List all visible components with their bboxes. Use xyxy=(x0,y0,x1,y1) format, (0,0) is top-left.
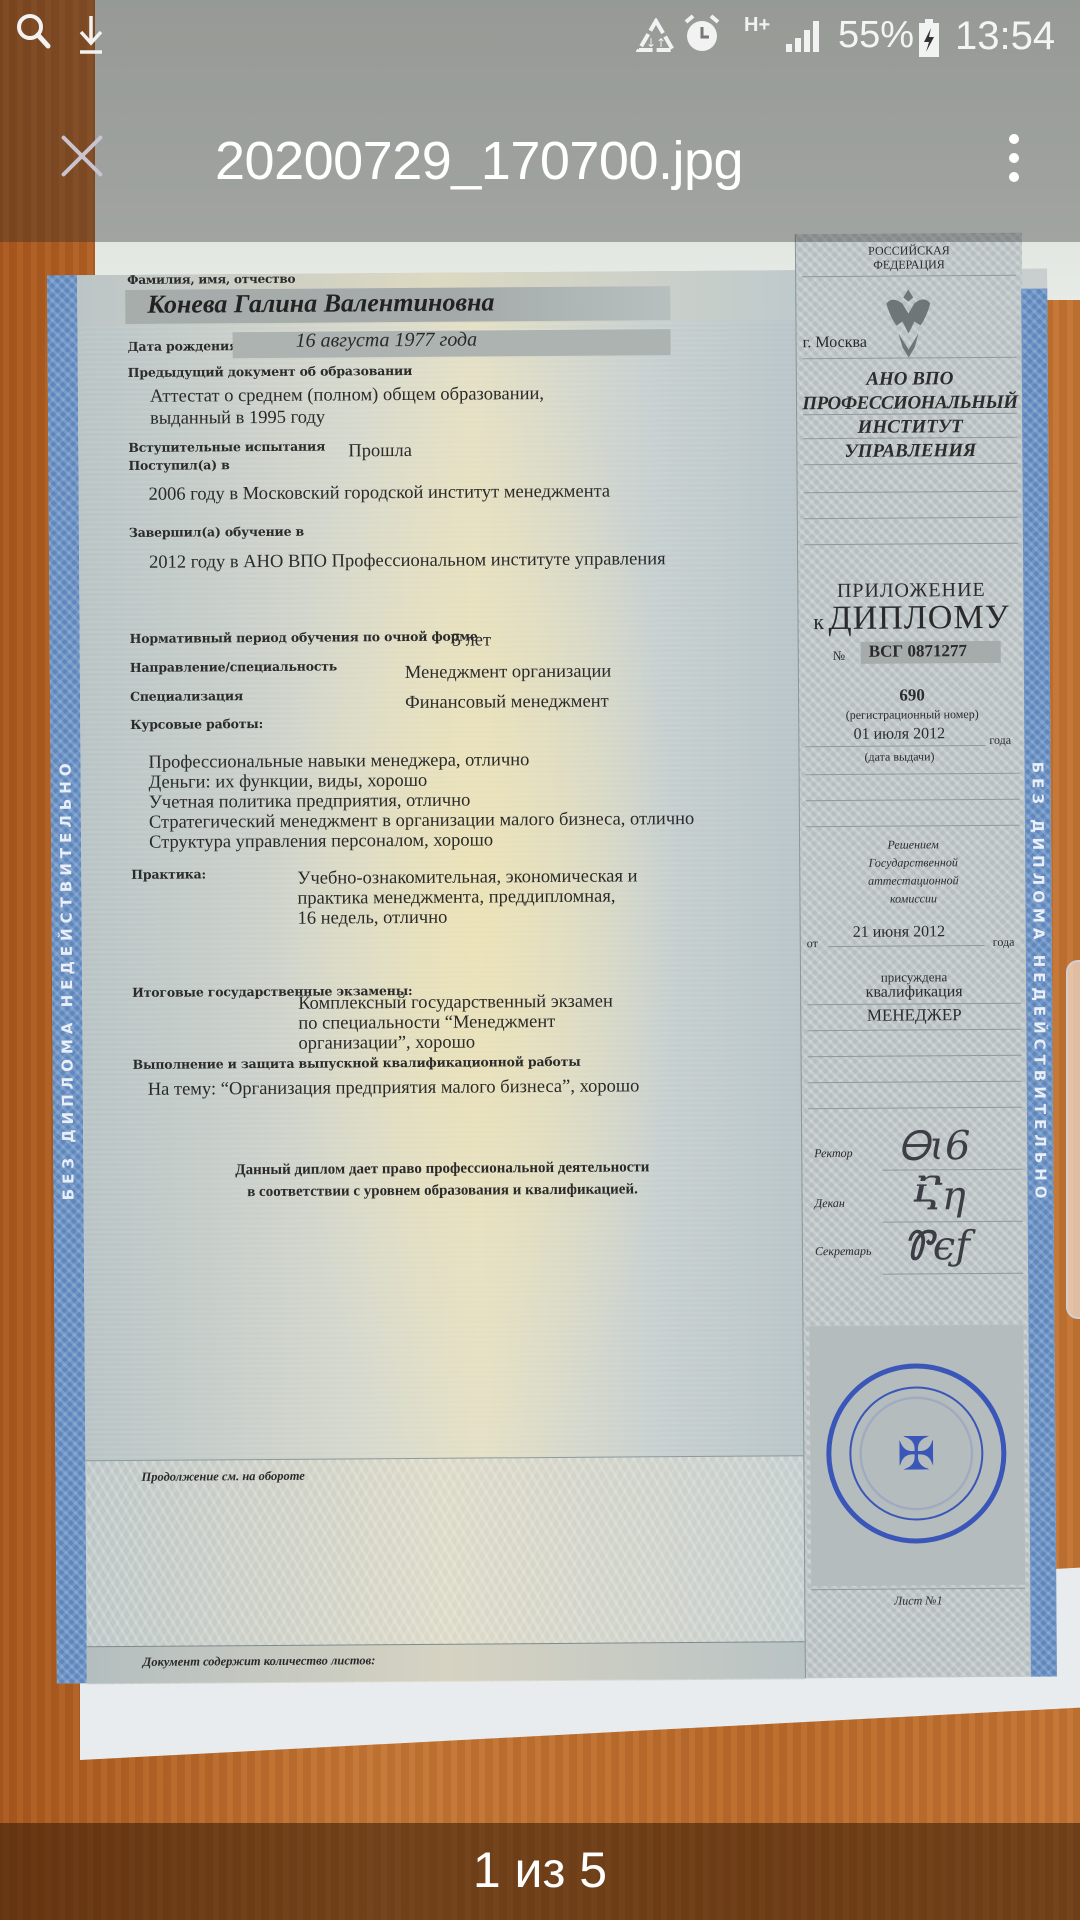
qualification-label: квалификация xyxy=(801,983,1027,1003)
entrance-value: Прошла xyxy=(348,441,412,462)
practice-line: практика менеджмента, преддипломная, xyxy=(297,886,637,908)
practice-label: Практика: xyxy=(131,866,206,882)
decision-line-2: Государственной xyxy=(800,855,1026,872)
from-word: от xyxy=(807,936,818,951)
institution-line-3: ИНСТИТУТ xyxy=(797,416,1023,440)
download-icon xyxy=(78,12,104,65)
search-icon xyxy=(16,12,52,61)
dean-signature: Ⴀη xyxy=(912,1173,966,1219)
fio-label: Фамилия, имя, отчество xyxy=(127,272,295,287)
coursework-item: Стратегический менеджмент в организации … xyxy=(149,809,694,833)
direction-label: Направление/специальность xyxy=(130,658,337,674)
dob-label: Дата рождения xyxy=(128,338,239,354)
diploma-number: ВСГ 0871277 xyxy=(869,641,967,662)
enrolled-label: Поступил(а) в xyxy=(128,457,229,473)
decision-line-4: комиссии xyxy=(800,891,1026,908)
city: г. Москва xyxy=(803,334,867,352)
institution-line-2: ПРОФЕССИОНАЛЬНЫЙ xyxy=(797,392,1023,416)
close-button[interactable] xyxy=(58,132,106,180)
app-bar: ↓↑ H+ 55% 13:54 20200729_170700.jpg xyxy=(0,0,1080,242)
practice-list: Учебно-ознакомительная, экономическая ип… xyxy=(297,866,638,928)
right-panel: РОССИЙСКАЯ ФЕДЕРАЦИЯ г. Москва АНО ВПО П… xyxy=(795,233,1032,1679)
thesis-label: Выполнение и защита выпускной квалификац… xyxy=(133,1054,581,1072)
rector-label: Ректор xyxy=(814,1146,852,1161)
coat-of-arms-icon xyxy=(876,283,941,363)
network-hplus-icon: H+ xyxy=(744,14,770,37)
secretary-signature: Ꮘєƒ xyxy=(903,1223,970,1269)
specialization-value: Финансовый менеджмент xyxy=(405,692,609,714)
decision-date: 21 июня 2012 xyxy=(853,923,946,942)
side-band-text-right: БЕЗ ДИПЛОМА НЕДЕЙСТВИТЕЛЬНО xyxy=(1029,762,1050,1204)
qualification-value: МЕНЕДЖЕР xyxy=(801,1005,1027,1027)
bottom-bar: 1 из 5 xyxy=(0,1823,1080,1920)
country-line-2: ФЕДЕРАЦИЯ xyxy=(796,257,1022,274)
prev-doc-value-1: Аттестат о среднем (полном) общем образо… xyxy=(150,384,544,408)
number-sign: № xyxy=(833,648,846,664)
finished-value: 2012 году в АНО ВПО Профессиональном инс… xyxy=(149,549,666,574)
practice-line: 16 недель, отлично xyxy=(298,906,638,928)
sheets-note: Документ содержит количество листов: xyxy=(143,1653,376,1670)
specialization-label: Специализация xyxy=(130,688,243,704)
appendix-title-2: ДИПЛОМУ xyxy=(828,599,1009,637)
coursework-item: Структура управления персоналом, хорошо xyxy=(149,829,694,853)
fio-value: Конева Галина Валентиновна xyxy=(147,287,494,319)
diploma-appendix-photo: БЕЗ ДИПЛОМА НЕДЕЙСТВИТЕЛЬНО Фамилия, имя… xyxy=(47,269,1057,1684)
enrolled-value: 2006 году в Московский городской институ… xyxy=(149,482,611,506)
dean-label: Декан xyxy=(815,1196,845,1211)
data-saver-icon: ↓↑ xyxy=(636,18,676,63)
main-panel: Фамилия, имя, отчество Конева Галина Вал… xyxy=(77,270,805,1683)
decision-line-1: Решением xyxy=(800,837,1026,854)
clock: 13:54 xyxy=(955,14,1055,59)
coursework-list: Профессиональные навыки менеджера, отлич… xyxy=(148,749,694,853)
file-title: 20200729_170700.jpg xyxy=(215,130,743,192)
prev-doc-label: Предыдущий документ об образовании xyxy=(128,363,413,380)
continued-note: Продолжение см. на обороте xyxy=(141,1469,304,1485)
practice-line: Учебно-ознакомительная, экономическая и xyxy=(297,866,637,888)
institution-line-4: УПРАВЛЕНИЯ xyxy=(797,440,1023,464)
period-value: 5 лет xyxy=(452,630,492,651)
thesis-value: На тему: “Организация предприятия малого… xyxy=(148,1076,640,1100)
exams-list: Комплексный государственный экзаменпо сп… xyxy=(298,992,613,1054)
coursework-label: Курсовые работы: xyxy=(130,716,263,732)
period-label: Нормативный период обучения по очной фор… xyxy=(130,629,478,646)
svg-text:↓↑: ↓↑ xyxy=(646,36,666,50)
exams-line: Комплексный государственный экзамен xyxy=(298,992,613,1014)
battery-percent: 55% xyxy=(838,14,914,57)
issue-year-word: года xyxy=(989,733,1011,748)
entrance-label: Вступительные испытания xyxy=(128,439,325,455)
dob-value: 16 августа 1977 года xyxy=(295,329,477,353)
appendix-prefix: к xyxy=(813,609,824,634)
exams-line: организации”, хорошо xyxy=(298,1032,613,1054)
exams-line: по специальности “Менеджмент xyxy=(298,1012,613,1034)
decision-year-word: года xyxy=(993,935,1015,950)
secretary-label: Секретарь xyxy=(815,1244,872,1259)
issue-date-label: (дата выдачи) xyxy=(799,749,999,765)
institution-line-1: АНО ВПО xyxy=(797,368,1023,392)
signal-icon xyxy=(784,18,824,63)
edge-panel-handle[interactable] xyxy=(1066,960,1080,1319)
official-stamp: ✠ xyxy=(826,1363,1007,1544)
decision-line-3: аттестационной xyxy=(800,873,1026,890)
sheet-label: Лист №1 xyxy=(805,1593,1031,1610)
reg-number: 690 xyxy=(799,685,1025,707)
issue-date: 01 июля 2012 xyxy=(799,725,999,744)
finished-label: Завершил(а) обучение в xyxy=(129,524,304,540)
side-band-text: БЕЗ ДИПЛОМА НЕДЕЙСТВИТЕЛЬНО xyxy=(56,758,77,1200)
eagle-icon: ✠ xyxy=(897,1426,936,1480)
reg-number-label: (регистрационный номер) xyxy=(799,707,1025,724)
more-vertical-icon xyxy=(1009,134,1019,144)
battery-charging-icon xyxy=(918,18,940,67)
rights-line-2: в соответствии с уровнем образования и к… xyxy=(83,1177,801,1204)
status-bar: ↓↑ H+ 55% 13:54 xyxy=(0,0,1080,78)
prev-doc-value-2: выданный в 1995 году xyxy=(150,408,325,430)
page-indicator: 1 из 5 xyxy=(0,1841,1080,1899)
rector-signature: Ꮎɩ6 xyxy=(898,1123,971,1170)
direction-value: Менеджмент организации xyxy=(405,662,611,684)
more-options-button[interactable] xyxy=(1004,134,1024,182)
alarm-icon xyxy=(682,14,722,65)
